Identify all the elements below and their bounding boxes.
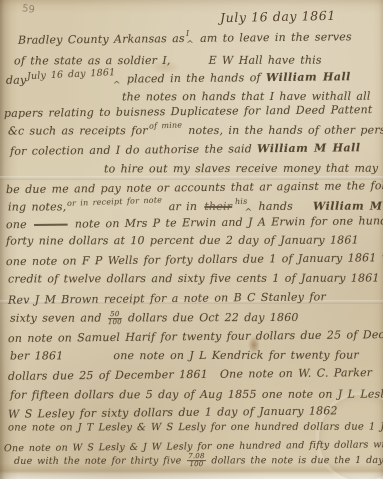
handwritten-text: one note on J L Kendrick for twenty four (113, 349, 359, 363)
handwritten-line: W S Lesley for sixty dollars due 1 day o… (8, 404, 338, 420)
handwritten-text: one note on J T Lesley & W S Lesly for o… (8, 421, 383, 433)
handwritten-text: one (6, 218, 32, 231)
handwritten-text: credit of twelve dollars and sixty five … (8, 272, 380, 286)
handwritten-text: day (6, 74, 27, 87)
handwritten-text: W S Lesley for sixty dollars due 1 day o… (8, 404, 338, 420)
handwritten-line: credit of twelve dollars and sixty five … (8, 272, 380, 286)
handwritten-line: on note on Samuel Harif for twenty four … (8, 328, 383, 345)
handwritten-line: ber 1861one note on J L Kendrick for twe… (10, 349, 359, 363)
handwritten-text: due with the note for thirty five (14, 455, 186, 466)
handwritten-text: on note on Samuel Harif for twenty four … (8, 328, 383, 345)
handwritten-line: Rev J M Brown receipt for a note on B C … (8, 290, 326, 306)
handwritten-text: E W Hall have this (209, 54, 322, 67)
person-name: William M Hall (257, 141, 360, 155)
caret-mark: ^ (113, 81, 121, 91)
handwritten-line: Bradley County Arkansas asI^ am to leave… (18, 30, 352, 46)
handwritten-text: of the state as a soldier I, (14, 54, 171, 67)
handwritten-text: Bradley County Arkansas as (18, 32, 185, 47)
date-line: July 16 day 1861 (220, 8, 336, 25)
handwritten-line: due with the note for thirty five 7.0810… (14, 452, 383, 469)
letter-document: 59 July 16 day 1861 Bradley County Arkan… (0, 0, 383, 479)
handwritten-line: for colection and I do authorise the sai… (10, 141, 361, 158)
handwritten-line: papers relating to buisness Duplicatese … (4, 103, 373, 120)
handwritten-line: the notes on hands that I have withall a… (122, 90, 371, 104)
handwritten-line: &c such as receipts forof mine notes, in… (8, 123, 383, 137)
handwritten-text: Rev J M Brown receipt for a note on B C … (8, 290, 326, 306)
handwritten-text: notes, in the hands of other persons (183, 123, 383, 137)
handwritten-text: dollars due 25 of December 1861 (8, 368, 208, 383)
dollar-fraction: 50100 (108, 311, 122, 327)
handwritten-text: am to leave in the serves (195, 30, 352, 45)
person-name: William M Hall (313, 199, 383, 212)
handwritten-line: dayJuly 16 day 1861^ placed in the hands… (6, 70, 351, 87)
handwritten-line: one note on F P Wells for forty dollars … (6, 251, 383, 268)
person-name: William Hall (266, 70, 351, 84)
handwritten-text: &c such as receipts for (8, 124, 148, 137)
handwritten-text: for colection and I do authorise the sai… (10, 142, 257, 158)
handwritten-text: ber 1861 (10, 349, 63, 362)
handwritten-line: dollars due 25 of December 1861One note … (8, 366, 372, 383)
handwritten-line: be due me and pay note or accounts that … (6, 179, 383, 196)
handwritten-text: dollars due Oct 22 day 1860 (123, 311, 299, 324)
handwritten-line: sixty seven and 50100 dollars due Oct 22… (10, 311, 299, 327)
handwritten-text: note on Mrs P te Erwin and J A Erwin for… (70, 214, 383, 231)
interlinear-insertion: July 16 day 1861 (27, 67, 116, 82)
pencil-page-number: 59 (21, 3, 35, 16)
handwritten-text: dollars the note is due the 1 day of Jan… (207, 455, 383, 467)
handwritten-line: of the state as a soldier I,E W Hall hav… (14, 54, 322, 68)
handwritten-text: sixty seven and (10, 311, 107, 324)
struck-text: their (204, 200, 232, 213)
dollar-fraction: 7.08100 (187, 453, 205, 469)
handwritten-line: ing notes,or in receipt for note ar in t… (8, 199, 383, 213)
handwritten-text: placed in the hands of (122, 71, 266, 86)
handwritten-text: hands (253, 200, 293, 213)
handwritten-text: ar in (164, 200, 203, 213)
handwritten-text: be due me and pay note or accounts that … (6, 179, 383, 196)
handwritten-text: one note on F P Wells for forty dollars … (6, 251, 383, 268)
handwritten-line: for fifteen dollars due 5 day of Aug 185… (10, 387, 383, 401)
handwritten-line: one ——— note on Mrs P te Erwin and J A E… (6, 214, 383, 231)
handwritten-text: ing notes, (8, 200, 66, 213)
interlinear-insertion: his (235, 197, 248, 206)
interlinear-insertion: of mine (149, 120, 183, 130)
handwritten-text: the notes on hands that I have withall a… (122, 90, 371, 104)
handwritten-text: forty nine dollars at 10 percent due 2 d… (6, 234, 359, 248)
handwritten-text: for fifteen dollars due 5 day of Aug 185… (10, 387, 383, 401)
handwritten-line: forty nine dollars at 10 percent due 2 d… (6, 234, 359, 248)
handwritten-text: One note on W. C. Parker (220, 366, 372, 381)
handwritten-text: papers relating to buisness Duplicatese … (4, 103, 373, 120)
handwritten-text: to hire out my slaves receive money that… (104, 162, 378, 176)
struck-text: ——— (34, 218, 68, 231)
handwritten-line: one note on J T Lesley & W S Lesly for o… (8, 421, 383, 433)
interlinear-insertion: or in receipt for note (67, 195, 162, 208)
caret-mark: ^ (186, 40, 194, 50)
interlinear-insertion: I (186, 29, 190, 38)
handwritten-line: to hire out my slaves receive money that… (104, 162, 378, 176)
